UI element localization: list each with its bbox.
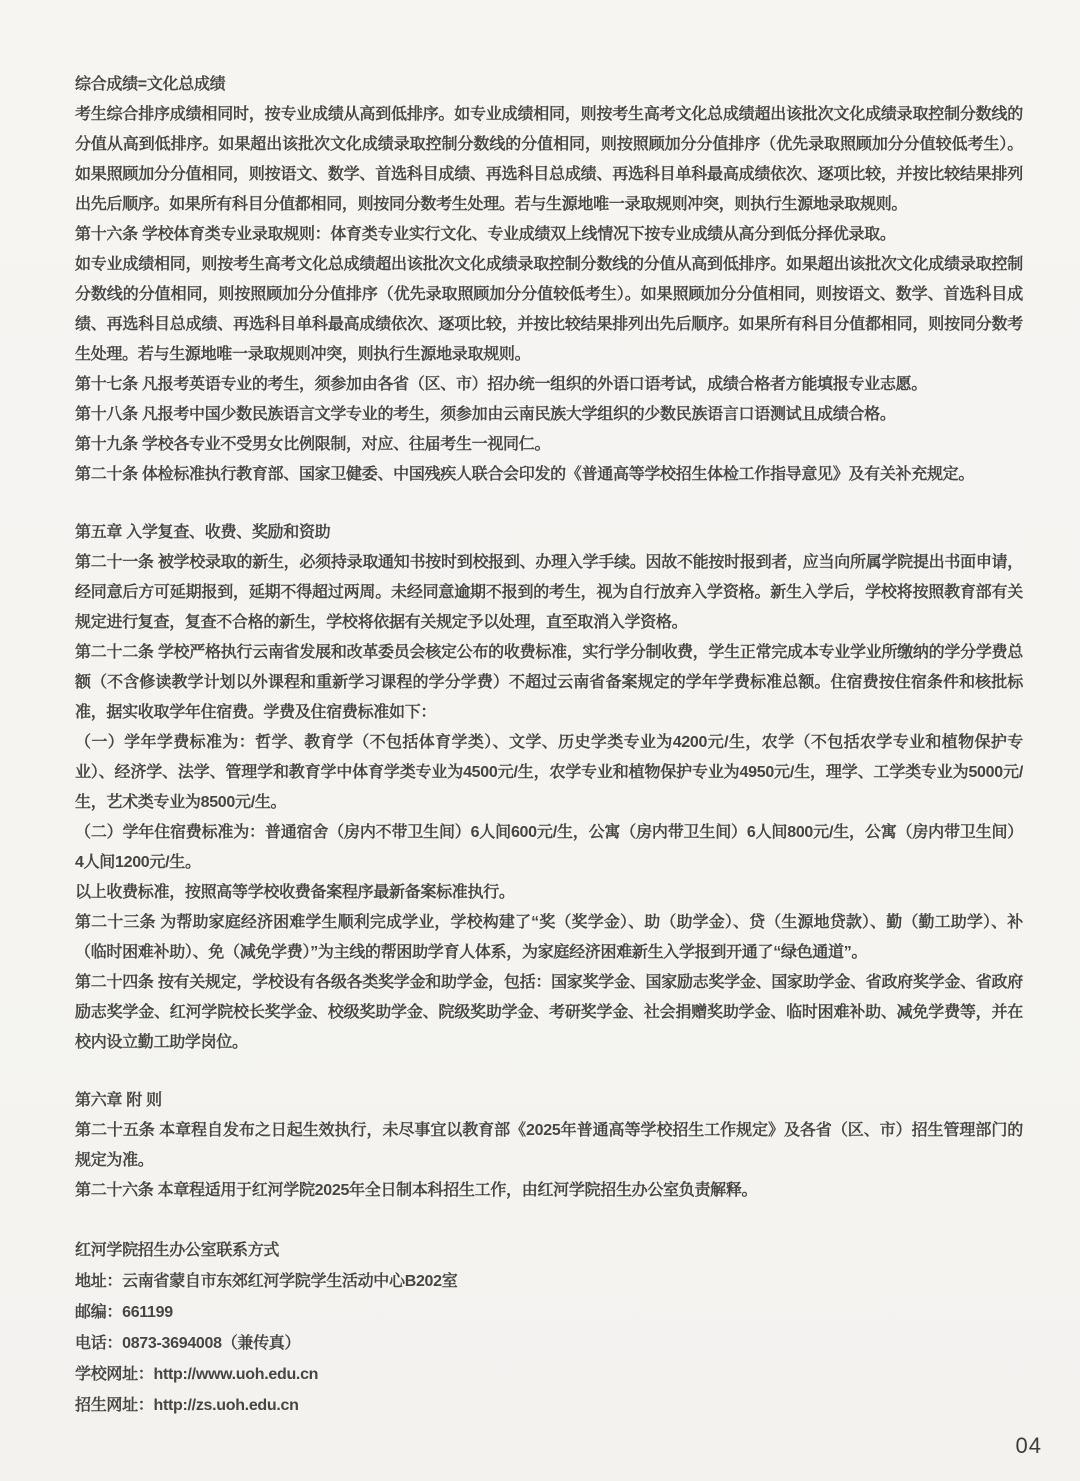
contact-line: 招生网址：http://zs.uoh.edu.cn: [75, 1390, 1023, 1421]
document-paragraph: （一）学年学费标准为：哲学、教育学（不包括体育学类）、文学、历史学类专业为420…: [75, 728, 1023, 818]
chapter-heading: 第六章 附 则: [75, 1086, 1023, 1116]
document-paragraph: 以上收费标准，按照高等学校收费备案程序最新备案标准执行。: [75, 878, 1023, 908]
page-number: 04: [1016, 1435, 1042, 1457]
document-paragraph: 第二十条 体检标准执行教育部、国家卫健委、中国残疾人联合会印发的《普通高等学校招…: [75, 460, 1023, 490]
document-paragraph: 第十六条 学校体育类专业录取规则：体育类专业实行文化、专业成绩双上线情况下按专业…: [75, 220, 1023, 250]
document-paragraph: 第十七条 凡报考英语专业的考生，须参加由各省（区、市）招办统一组织的外语口语考试…: [75, 370, 1023, 400]
document-content: 综合成绩=文化总成绩考生综合排序成绩相同时，按专业成绩从高到低排序。如专业成绩相…: [75, 70, 1023, 1421]
contact-line: 地址：云南省蒙自市东郊红河学院学生活动中心B202室: [75, 1266, 1023, 1297]
document-page: 综合成绩=文化总成绩考生综合排序成绩相同时，按专业成绩从高到低排序。如专业成绩相…: [0, 0, 1080, 1481]
contact-heading: 红河学院招生办公室联系方式: [75, 1236, 1023, 1266]
document-paragraph: 第十九条 学校各专业不受男女比例限制，对应、往届考生一视同仁。: [75, 430, 1023, 460]
document-paragraph: 第十八条 凡报考中国少数民族语言文学专业的考生，须参加由云南民族大学组织的少数民…: [75, 400, 1023, 430]
document-subheading: 综合成绩=文化总成绩: [75, 70, 1023, 100]
document-paragraph: 第二十四条 按有关规定，学校设有各级各类奖学金和助学金，包括：国家奖学金、国家励…: [75, 968, 1023, 1058]
document-paragraph: 第二十二条 学校严格执行云南省发展和改革委员会核定公布的收费标准，实行学分制收费…: [75, 638, 1023, 728]
chapter-heading: 第五章 入学复查、收费、奖励和资助: [75, 518, 1023, 548]
document-paragraph: 第二十六条 本章程适用于红河学院2025年全日制本科招生工作，由红河学院招生办公…: [75, 1176, 1023, 1206]
document-paragraph: 第二十一条 被学校录取的新生，必须持录取通知书按时到校报到、办理入学手续。因故不…: [75, 548, 1023, 638]
contact-line: 邮编：661199: [75, 1297, 1023, 1328]
contact-line: 电话：0873-3694008（兼传真）: [75, 1328, 1023, 1359]
document-paragraph: （二）学年住宿费标准为：普通宿舍（房内不带卫生间）6人间600元/生，公寓（房内…: [75, 818, 1023, 878]
document-paragraph: 第二十三条 为帮助家庭经济困难学生顺利完成学业，学校构建了“奖（奖学金）、助（助…: [75, 908, 1023, 968]
document-paragraph: 第二十五条 本章程自发布之日起生效执行，未尽事宜以教育部《2025年普通高等学校…: [75, 1116, 1023, 1176]
contact-line: 学校网址：http://www.uoh.edu.cn: [75, 1359, 1023, 1390]
document-paragraph: 如专业成绩相同，则按考生高考文化总成绩超出该批次文化成绩录取控制分数线的分值从高…: [75, 250, 1023, 370]
document-paragraph: 考生综合排序成绩相同时，按专业成绩从高到低排序。如专业成绩相同，则按考生高考文化…: [75, 100, 1023, 220]
